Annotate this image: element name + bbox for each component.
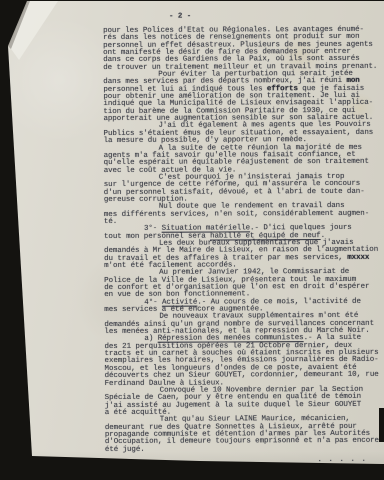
text-line: été jugé. [105,445,381,454]
text-line: d'Occupation, il demeure toujours empris… [105,438,381,447]
page-number: - 2 - [169,12,379,21]
scanner-background: - 2 - pour les Polices d'Etat ou Régiona… [0,0,384,480]
continuation-dots: . . . . . [105,456,381,465]
document-body: pour les Polices d'Etat ou Régionales. L… [103,27,381,454]
typewritten-text: - 2 - pour les Polices d'Etat ou Régiona… [103,12,381,465]
text-line: mes différents services, n'en soit, cons… [104,210,380,219]
